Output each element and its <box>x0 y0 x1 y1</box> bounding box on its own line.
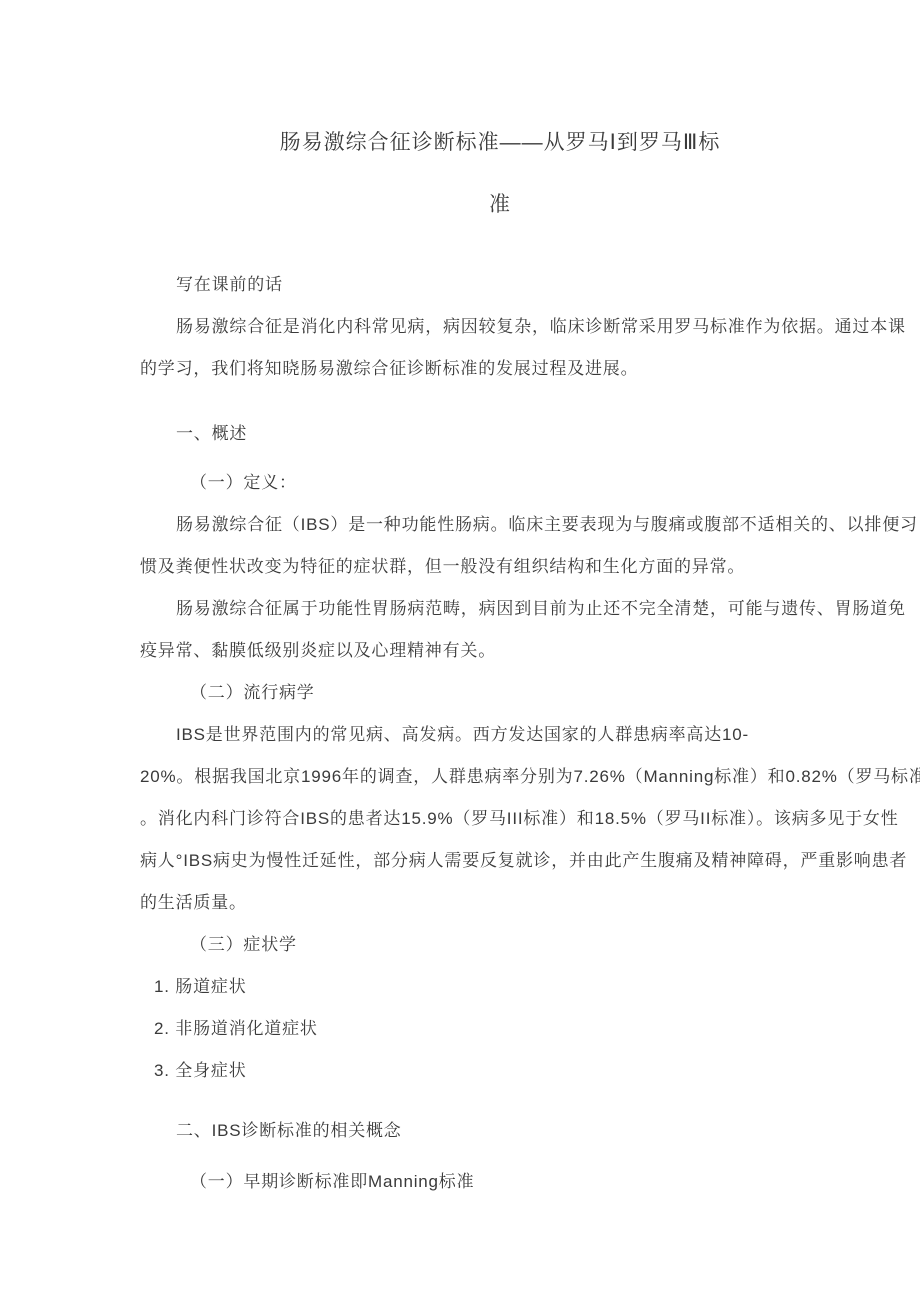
heading-overview: 一、概述 <box>140 413 860 455</box>
epidemiology-line-1: IBS是世界范围内的常见病、高发病。西方发达国家的人群患病率高达10- <box>140 714 860 756</box>
epidemiology-line-2: 20%。根据我国北京1996年的调查，人群患病率分别为7.26%（Manning… <box>140 756 860 798</box>
symptom-list-item-3: 3. 全身症状 <box>140 1050 860 1092</box>
preface-paragraph-line-1: 肠易激综合征是消化内科常见病，病因较复杂，临床诊断常采用罗马标准作为依据。通过本… <box>140 306 860 348</box>
etiology-paragraph-line-1: 肠易激综合征属于功能性胃肠病范畴，病因到目前为止还不完全清楚，可能与遗传、胃肠道… <box>140 588 860 630</box>
epidemiology-line-5: 的生活质量。 <box>140 882 860 924</box>
document-page: 肠易激综合征诊断标准——从罗马Ⅰ到罗马Ⅲ标 准 写在课前的话 肠易激综合征是消化… <box>0 0 920 1302</box>
heading-definition: （一）定义： <box>140 462 860 504</box>
symptom-list-item-2: 2. 非肠道消化道症状 <box>140 1008 860 1050</box>
preface-paragraph-line-2: 的学习，我们将知晓肠易激综合征诊断标准的发展过程及进展。 <box>140 348 860 390</box>
heading-manning-criteria: （一）早期诊断标准即Manning标准 <box>140 1161 860 1203</box>
document-title-line-1: 肠易激综合征诊断标准——从罗马Ⅰ到罗马Ⅲ标 <box>140 112 860 174</box>
etiology-paragraph-line-2: 疫异常、黏膜低级别炎症以及心理精神有关。 <box>140 630 860 672</box>
epidemiology-line-3: 。消化内科门诊符合IBS的患者达15.9%（罗马III标准）和18.5%（罗马I… <box>140 798 860 840</box>
definition-paragraph-line-2: 惯及粪便性状改变为特征的症状群，但一般没有组织结构和生化方面的异常。 <box>140 546 860 588</box>
symptom-list-item-1: 1. 肠道症状 <box>140 966 860 1008</box>
preface-heading: 写在课前的话 <box>140 264 860 306</box>
epidemiology-line-4: 病人°IBS病史为慢性迁延性，部分病人需要反复就诊，并由此产生腹痛及精神障碍，严… <box>140 840 860 882</box>
heading-symptomatology: （三）症状学 <box>140 924 860 966</box>
definition-paragraph-line-1: 肠易激综合征（IBS）是一种功能性肠病。临床主要表现为与腹痛或腹部不适相关的、以… <box>140 504 860 546</box>
heading-ibs-criteria-concepts: 二、IBS诊断标准的相关概念 <box>140 1110 860 1152</box>
document-title-line-2: 准 <box>140 174 860 236</box>
heading-epidemiology: （二）流行病学 <box>140 672 860 714</box>
